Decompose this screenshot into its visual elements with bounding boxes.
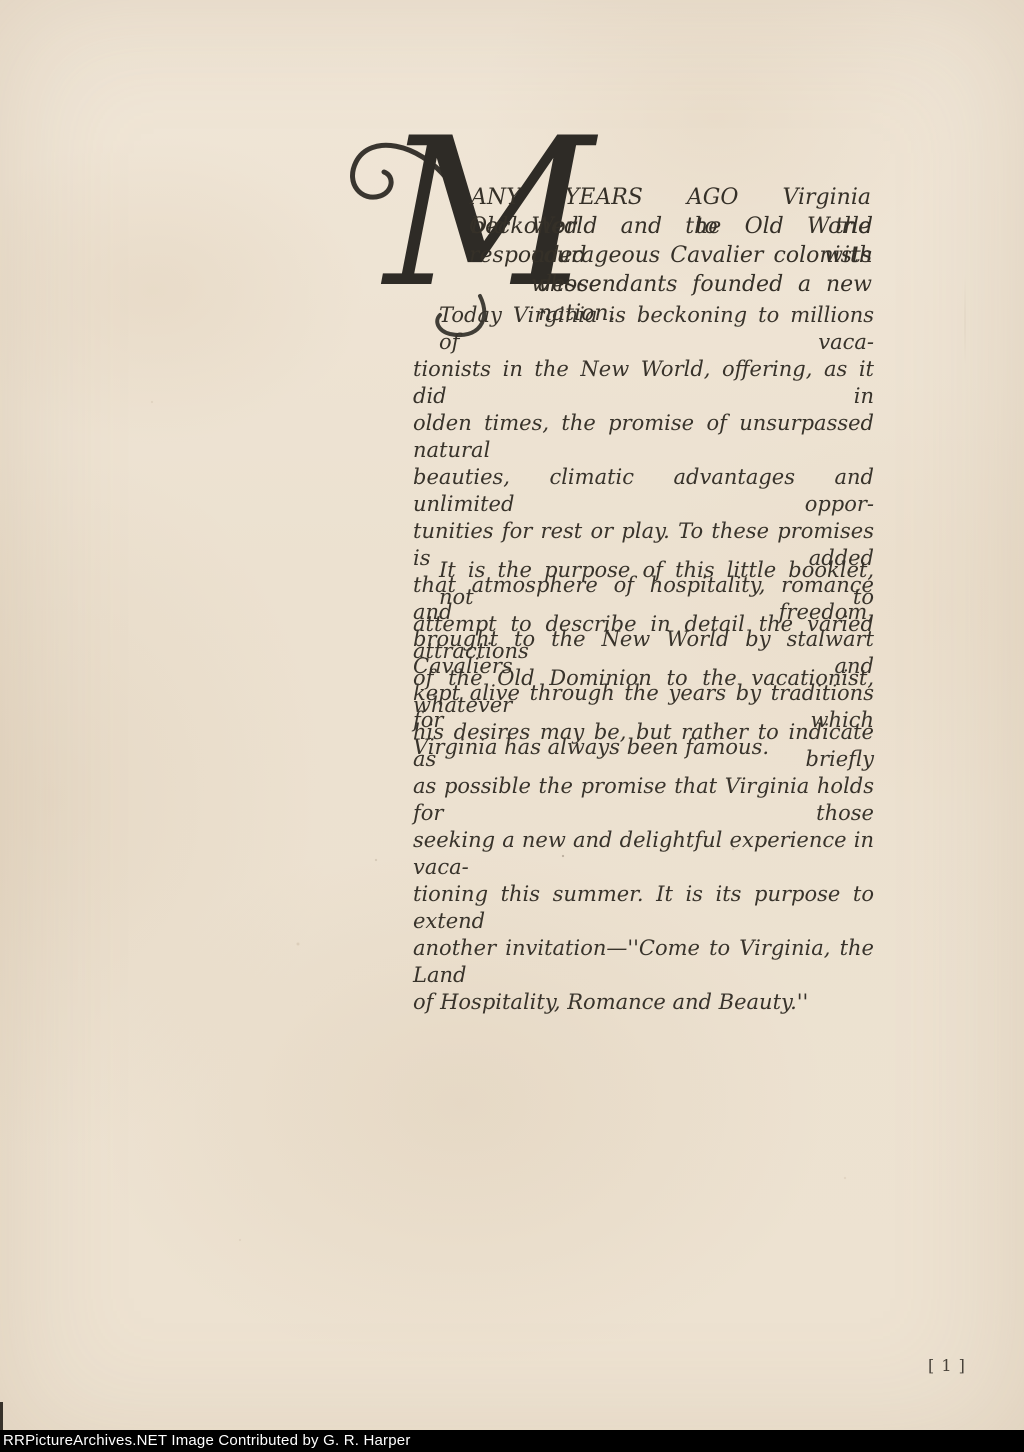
paragraph-3: It is the purpose of this little booklet… [413, 557, 874, 1016]
paragraph2-line: Today Virginia is beckoning to millions … [439, 302, 874, 356]
credit-bar: RRPictureArchives.NET Image Contributed … [0, 1430, 1024, 1452]
paragraph3-line: as possible the promise that Virginia ho… [413, 773, 874, 827]
paragraph3-line: tioning this summer. It is its purpose t… [413, 881, 874, 935]
paragraph3-line: of Hospitality, Romance and Beauty.'' [413, 989, 874, 1016]
paragraph3-line: seeking a new and delightful experience … [413, 827, 874, 881]
page-number: [ 1 ] [928, 1356, 966, 1376]
paragraph3-line: It is the purpose of this little booklet… [439, 557, 874, 611]
credit-text: RRPictureArchives.NET Image Contributed … [0, 1430, 411, 1452]
scanned-booklet-page: M ANY YEARS AGO Virginia beckoned to the… [0, 0, 1024, 1452]
paragraph2-line: olden times, the promise of unsurpassed … [413, 410, 874, 464]
paragraph3-line: of the Old Dominion to the vacationist, … [413, 665, 874, 719]
paragraph3-line: his desires may be, but rather to indica… [413, 719, 874, 773]
scan-edge-artifact [0, 1402, 3, 1430]
paragraph3-line: attempt to describe in detail the varied… [413, 611, 874, 665]
paragraph2-line: tionists in the New World, offering, as … [413, 356, 874, 410]
paragraph3-line: another invitation—''Come to Virginia, t… [413, 935, 874, 989]
paragraph2-line: beauties, climatic advantages and unlimi… [413, 464, 874, 518]
